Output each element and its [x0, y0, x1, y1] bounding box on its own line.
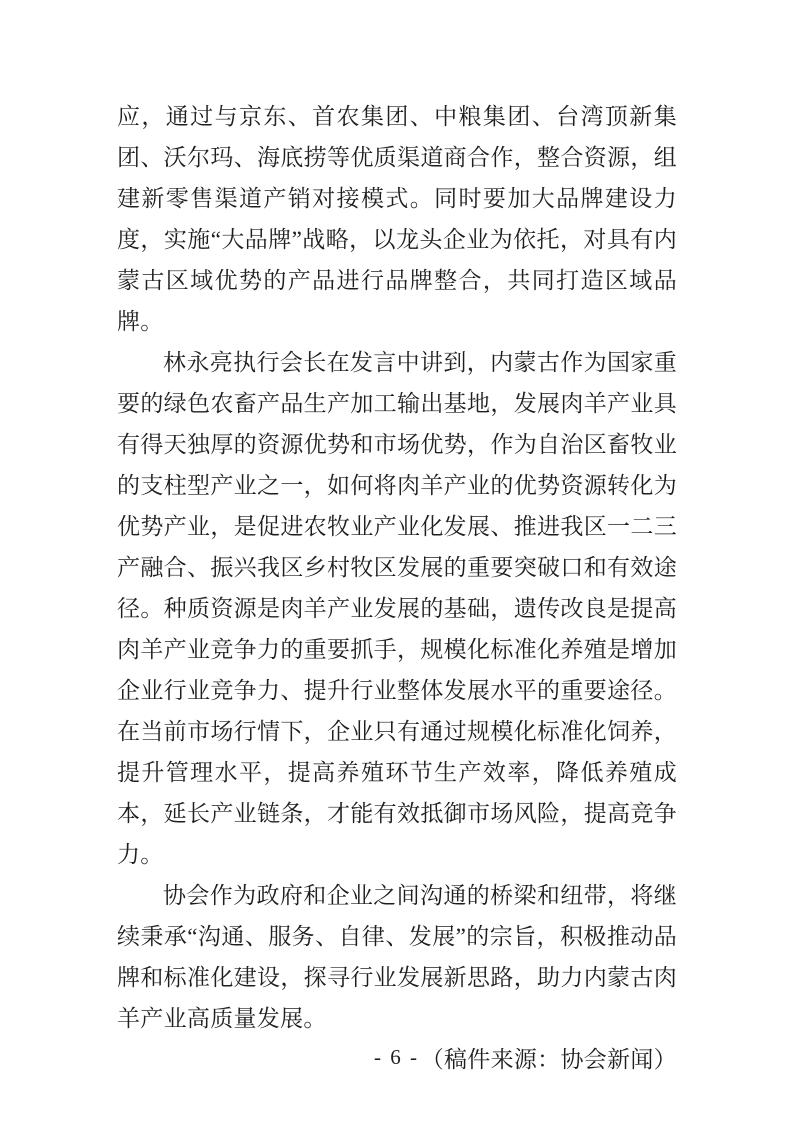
paragraph-continuation: 应，通过与京东、首农集团、中粮集团、台湾顶新集团、沃尔玛、海底捞等优质渠道商合作…: [117, 96, 677, 342]
paragraph-closing: 协会作为政府和企业之间沟通的桥梁和纽带，将继续秉承“沟通、服务、自律、发展”的宗…: [117, 875, 677, 1039]
page-number: - 6 -: [0, 1042, 793, 1072]
text-column: 应，通过与京东、首农集团、中粮集团、台湾顶新集团、沃尔玛、海底捞等优质渠道商合作…: [117, 96, 677, 1080]
paragraph-speech: 林永亮执行会长在发言中讲到，内蒙古作为国家重要的绿色农畜产品生产加工输出基地，发…: [117, 342, 677, 875]
document-page: 应，通过与京东、首农集团、中粮集团、台湾顶新集团、沃尔玛、海底捞等优质渠道商合作…: [0, 0, 793, 1122]
